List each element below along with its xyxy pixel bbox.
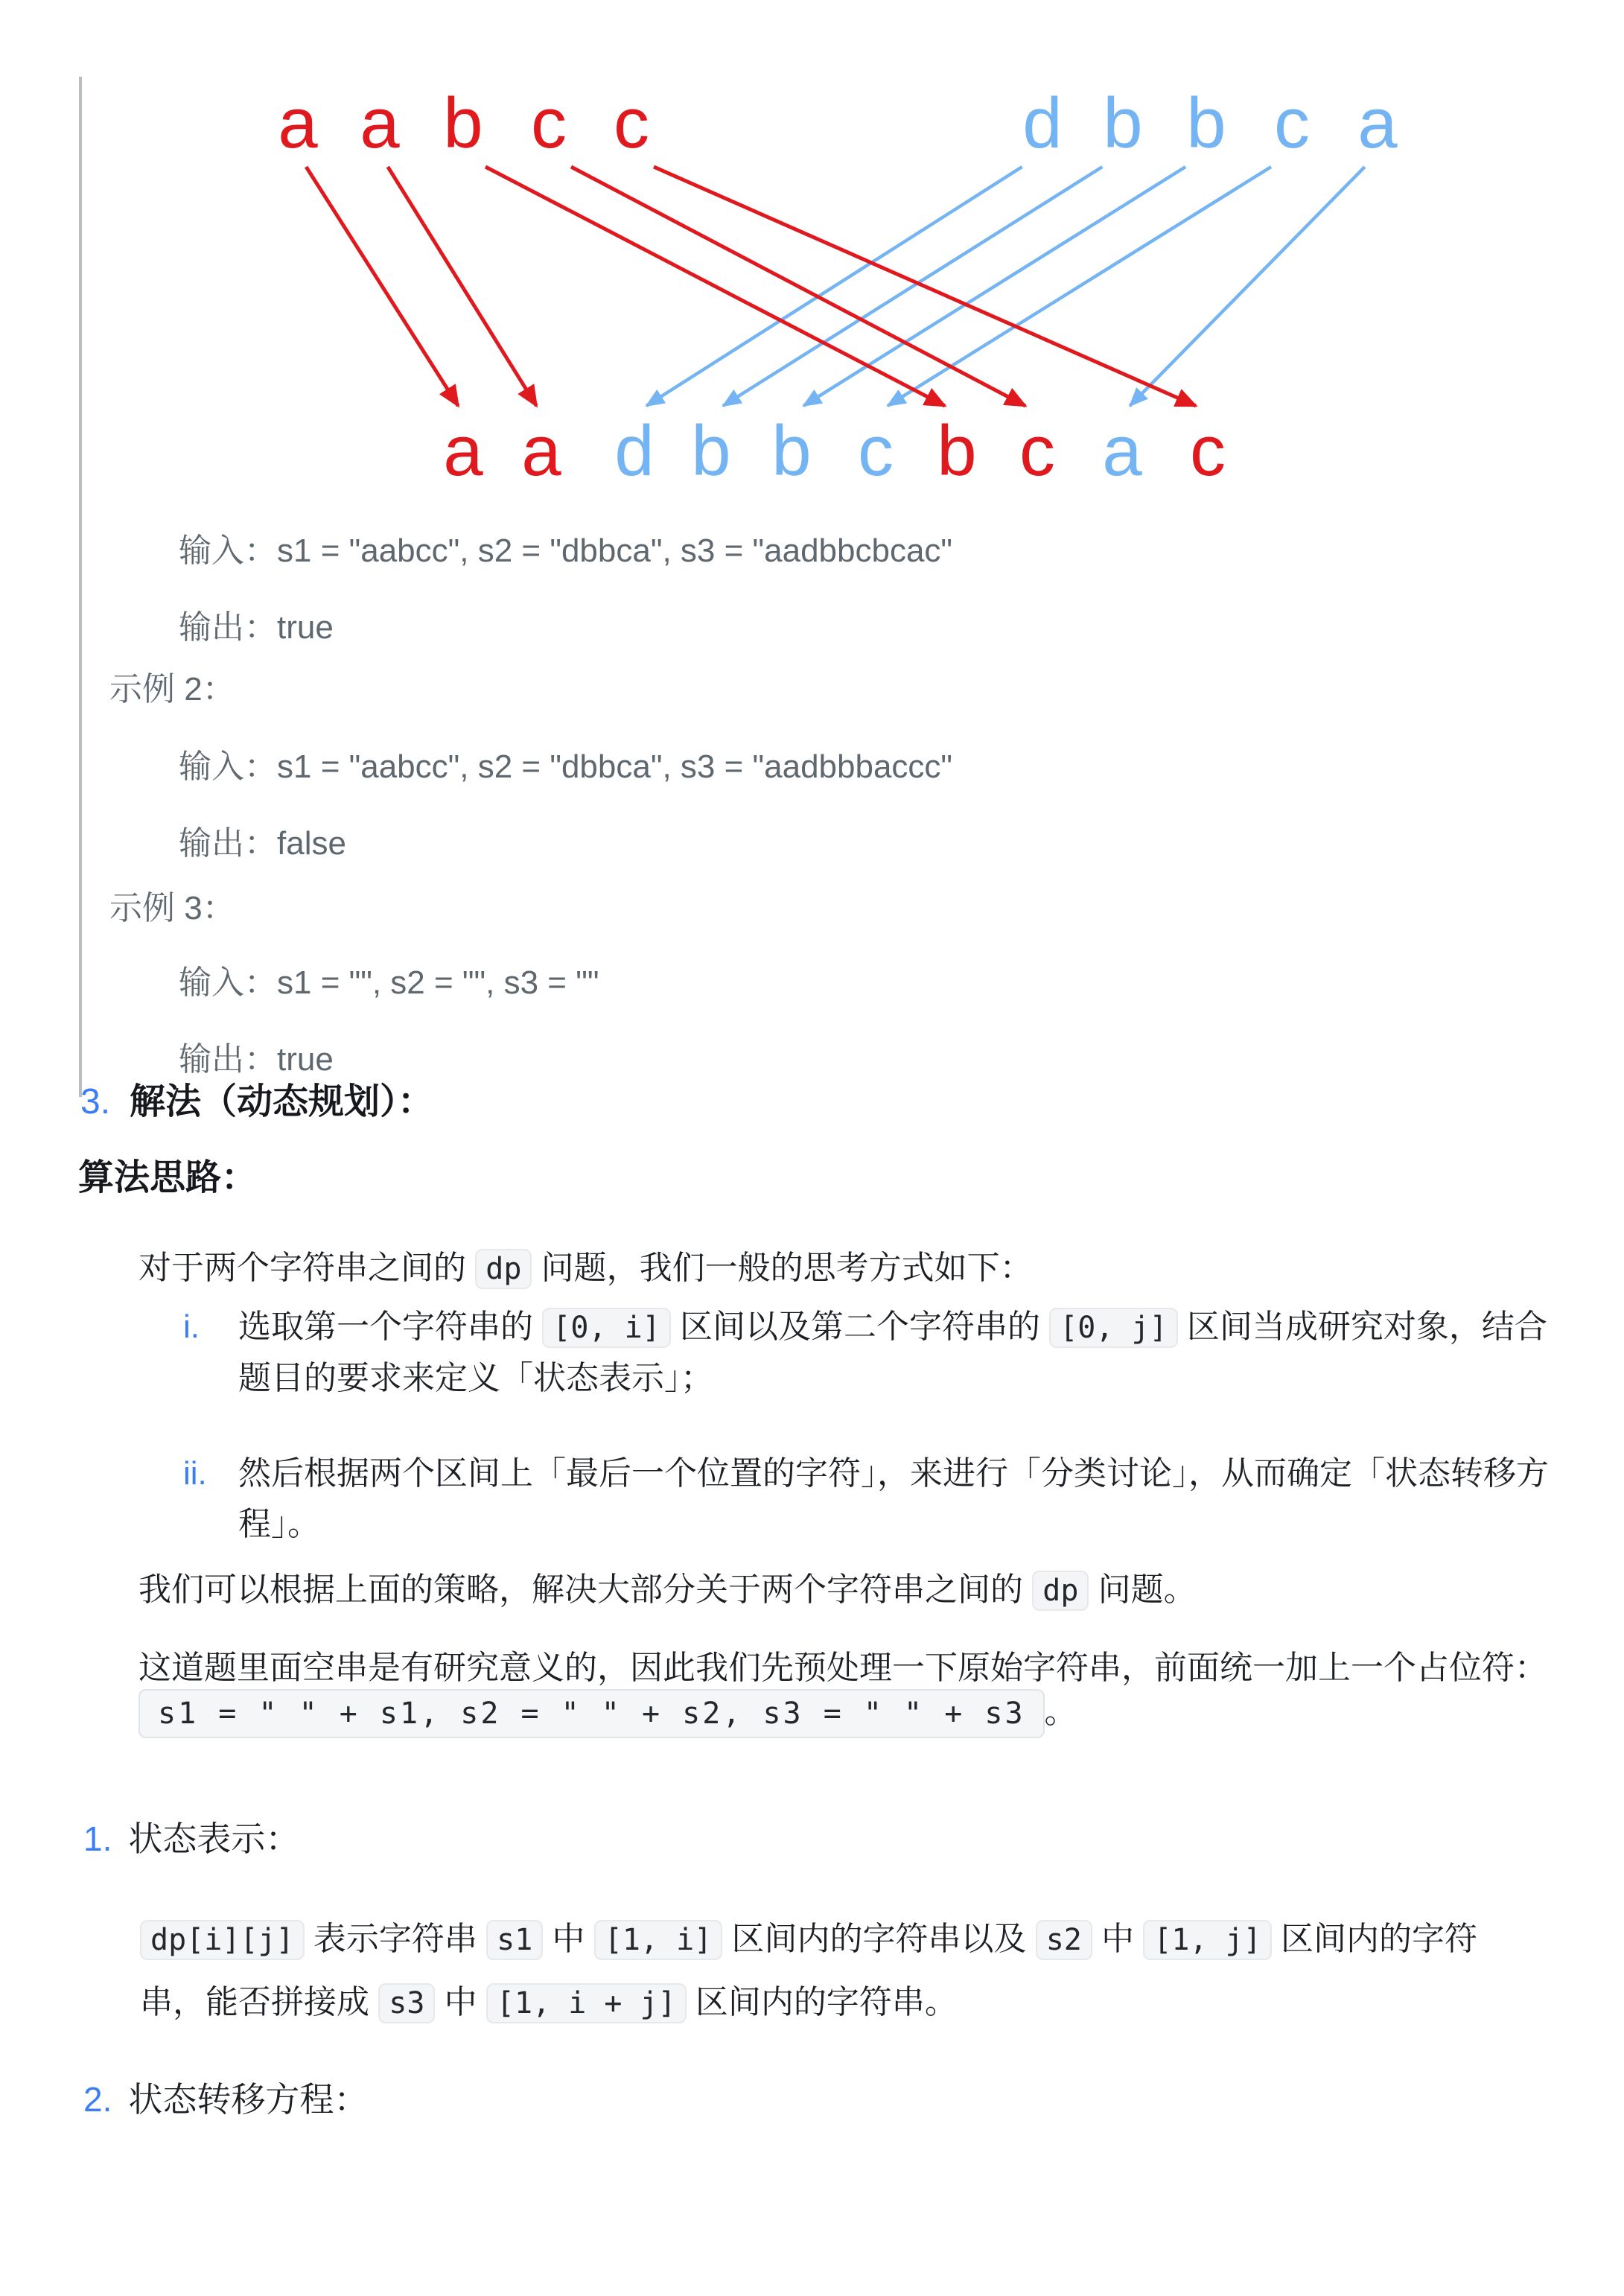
result-letter: d xyxy=(614,416,654,487)
mapping-arrow xyxy=(654,167,1196,406)
result-letter: a xyxy=(443,416,483,487)
example1-output-value: true xyxy=(277,609,334,646)
mapping-arrow xyxy=(1130,167,1365,406)
output-label: 输出： xyxy=(179,1041,277,1078)
s2-letter: a xyxy=(1357,88,1397,159)
inline-code: dp[i][j] xyxy=(140,1920,305,1960)
example3-heading: 示例 3： xyxy=(109,888,235,929)
state-definition-number: 1. xyxy=(83,1819,112,1858)
example3-output-line: 输出：true xyxy=(179,1039,334,1081)
example3-output-value: true xyxy=(277,1041,334,1078)
list-item-i: i.选取第一个字符串的 [0, i] 区间以及第二个字符串的 [0, j] 区间… xyxy=(183,1302,1564,1404)
page-body: { "colors": { "s1_red": "#e0191f", "s2_b… xyxy=(0,0,1624,2296)
mapping-arrow xyxy=(485,167,945,406)
inline-code: [1, i + j] xyxy=(486,1983,687,2023)
result-letter: c xyxy=(1190,416,1226,487)
s1-letter: c xyxy=(531,88,567,159)
solution-heading-title: 解法（动态规划）： xyxy=(130,1082,433,1122)
example2-input-value: s1 = "aabcc", s2 = "dbbca", s3 = "aadbbb… xyxy=(277,748,952,785)
input-label: 输入： xyxy=(179,532,277,569)
transition-heading: 2.状态转移方程： xyxy=(83,2078,368,2121)
mapping-arrow xyxy=(803,167,1185,406)
inline-code: s2 xyxy=(1036,1920,1092,1960)
example1-input-line: 输入：s1 = "aabcc", s2 = "dbbca", s3 = "aad… xyxy=(179,530,952,572)
output-label: 输出： xyxy=(179,825,277,862)
inline-code: s1 xyxy=(486,1920,543,1960)
inline-code: [0, i] xyxy=(542,1308,671,1348)
input-label: 输入： xyxy=(179,964,277,1001)
s1-letter: b xyxy=(443,88,483,159)
inline-code: s3 xyxy=(378,1983,435,2023)
input-label: 输入： xyxy=(179,748,277,785)
list-item-ii-text: 然后根据两个区间上「最后一个位置的字符」，来进行「分类讨论」，从而确定「状态转移… xyxy=(238,1455,1549,1542)
example2-output-value: false xyxy=(277,825,346,862)
list-item-i-marker: i. xyxy=(183,1302,200,1352)
result-letter: b xyxy=(937,416,976,487)
result-letter: c xyxy=(1019,416,1055,487)
inline-code: [1, j] xyxy=(1143,1920,1272,1960)
list-item-ii: ii.然后根据两个区间上「最后一个位置的字符」，来进行「分类讨论」，从而确定「状… xyxy=(183,1448,1564,1550)
interleaving-string-diagram: aabccdbbcaaadbbcbcac xyxy=(0,0,1624,521)
mapping-arrow xyxy=(571,167,1025,406)
mapping-arrow xyxy=(888,167,1271,406)
list-item-i-text: 选取第一个字符串的 [0, i] 区间以及第二个字符串的 [0, j] 区间当成… xyxy=(238,1308,1547,1396)
s2-letter: b xyxy=(1103,88,1142,159)
preprocess-code-period: 。 xyxy=(1045,1694,1077,1730)
example1-input-value: s1 = "aabcc", s2 = "dbbca", s3 = "aadbbc… xyxy=(277,532,952,569)
example2-heading: 示例 2： xyxy=(109,669,235,710)
result-letter: a xyxy=(1102,416,1141,487)
example2-output-line: 输出：false xyxy=(179,823,346,865)
preprocess-code: s1 = " " + s1, s2 = " " + s2, s3 = " " +… xyxy=(138,1689,1045,1738)
dp-strategy-paragraph: 对于两个字符串之间的 dp 问题，我们一般的思考方式如下： xyxy=(138,1242,1553,1295)
example3-input-line: 输入：s1 = "", s2 = "", s3 = "" xyxy=(179,962,599,1004)
preprocess-code-line: s1 = " " + s1, s2 = " " + s2, s3 = " " +… xyxy=(138,1685,1077,1738)
example1-output-line: 输出：true xyxy=(179,607,334,649)
solution-heading-number: 3. xyxy=(80,1082,110,1122)
result-letter: b xyxy=(691,416,730,487)
idea-heading: 算法思路： xyxy=(78,1156,257,1201)
transition-number: 2. xyxy=(83,2080,112,2119)
mapping-arrow xyxy=(388,167,537,406)
state-definition-title: 状态表示： xyxy=(128,1819,299,1858)
s1-letter: a xyxy=(360,88,399,159)
example2-input-line: 输入：s1 = "aabcc", s2 = "dbbca", s3 = "aad… xyxy=(179,746,952,788)
result-letter: b xyxy=(771,416,811,487)
s2-letter: d xyxy=(1022,88,1062,159)
inline-code: [0, j] xyxy=(1049,1308,1178,1348)
strategy-conclusion-paragraph: 我们可以根据上面的策略，解决大部分关于两个字符串之间的 dp 问题。 xyxy=(138,1564,1553,1617)
state-definition-paragraph: dp[i][j] 表示字符串 s1 中 [1, i] 区间内的字符串以及 s2 … xyxy=(140,1908,1518,2035)
s2-letter: b xyxy=(1186,88,1226,159)
s1-letter: a xyxy=(278,88,317,159)
list-item-ii-marker: ii. xyxy=(183,1448,207,1499)
inline-code: [1, i] xyxy=(594,1920,723,1960)
s1-letter: c xyxy=(614,88,649,159)
inline-code: dp xyxy=(1032,1571,1089,1611)
mapping-arrow xyxy=(306,167,458,406)
mapping-arrows xyxy=(0,0,1624,521)
output-label: 输出： xyxy=(179,609,277,646)
s2-letter: c xyxy=(1274,88,1310,159)
transition-title: 状态转移方程： xyxy=(128,2080,368,2119)
result-letter: a xyxy=(521,416,561,487)
result-letter: c xyxy=(858,416,894,487)
mapping-arrow xyxy=(646,167,1022,406)
inline-code: dp xyxy=(475,1249,532,1289)
state-definition-heading: 1.状态表示： xyxy=(83,1817,299,1860)
mapping-arrow xyxy=(723,167,1102,406)
solution-heading: 3.解法（动态规划）： xyxy=(80,1080,433,1125)
example3-input-value: s1 = "", s2 = "", s3 = "" xyxy=(277,964,599,1001)
